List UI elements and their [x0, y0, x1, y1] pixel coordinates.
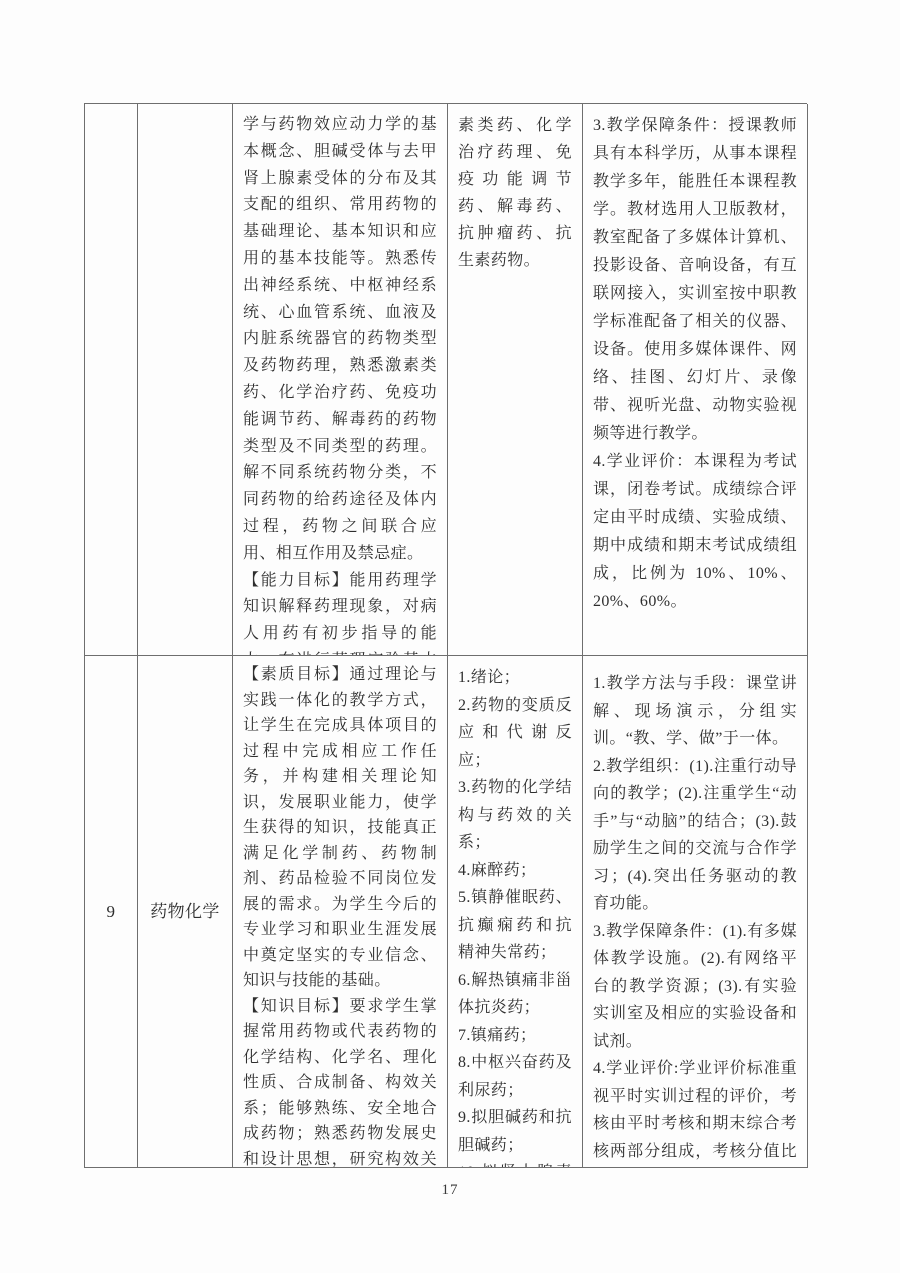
content-item: 9.拟胆碱药和抗胆碱药；	[458, 1104, 572, 1159]
content-item: 7.镇痛药；	[458, 1022, 572, 1050]
teaching-methods-cell-row2: 1.教学方法与手段：课堂讲解、现场演示，分组实训。“教、学、做”于一体。 2.教…	[583, 656, 808, 1168]
methods-approach-paragraph: 1.教学方法与手段：课堂讲解、现场演示，分组实训。“教、学、做”于一体。	[593, 670, 797, 753]
methods-evaluation-paragraph: 4.学业评价：本课程为考试课，闭卷考试。成绩综合评定由平时成绩、实验成绩、期中成…	[593, 448, 797, 616]
teaching-methods-cell-row1: 3.教学保障条件：授课教师具有本科学历，从事本课程教学多年，能胜任本课程教学。教…	[583, 104, 808, 656]
objectives-paragraph: 学与药物效应动力学的基本概念、胆碱受体与去甲肾上腺素受体的分布及其支配的组织、常…	[243, 112, 437, 568]
methods-guarantee-paragraph: 3.教学保障条件：(1).有多媒体教学设施。(2).有网络平台的教学资源；(3)…	[593, 918, 797, 1056]
seq-cell-row2: 9	[85, 656, 138, 1168]
teaching-content-cell-row1: 素类药、化学治疗药理、免疫功能调节药、解毒药、抗肿瘤药、抗生素药物。	[448, 104, 583, 656]
page-number: 17	[0, 1182, 900, 1199]
content-item: 3.药物的化学结构与药效的关系；	[458, 774, 572, 857]
teaching-content-cell-row2: 1.绪论； 2.药物的变质反应和代谢反应； 3.药物的化学结构与药效的关系； 4…	[448, 656, 583, 1168]
content-item: 10.拟肾上腺素药；	[458, 1159, 572, 1168]
objectives-cell-row1: 学与药物效应动力学的基本概念、胆碱受体与去甲肾上腺素受体的分布及其支配的组织、常…	[233, 104, 448, 656]
course-name-cell-row1	[138, 104, 233, 656]
seq-cell-row1	[85, 104, 138, 656]
course-table: 学与药物效应动力学的基本概念、胆碱受体与去甲肾上腺素受体的分布及其支配的组织、常…	[84, 103, 807, 1168]
content-item: 4.麻醉药；	[458, 857, 572, 885]
document-page: 学与药物效应动力学的基本概念、胆碱受体与去甲肾上腺素受体的分布及其支配的组织、常…	[0, 0, 900, 1273]
content-item: 8.中枢兴奋药及利尿药；	[458, 1049, 572, 1104]
objectives-cell-row2: 【素质目标】通过理论与实践一体化的教学方式，让学生在完成具体项目的过程中完成相应…	[233, 656, 448, 1168]
knowledge-objective-paragraph: 【知识目标】要求学生掌握常用药物或代表药物的化学结构、化学名、理化性质、合成制备…	[243, 994, 437, 1169]
content-item: 1.绪论；	[458, 664, 572, 692]
quality-objective-paragraph: 【素质目标】通过理论与实践一体化的教学方式，让学生在完成具体项目的过程中完成相应…	[243, 662, 437, 994]
ability-objective-paragraph: 【能力目标】能用药理学知识解释药理现象，对病人用药有初步指导的能力；有进行药理实…	[243, 568, 437, 656]
methods-organization-paragraph: 2.教学组织：(1).注重行动导向的教学；(2).注重学生“动手”与“动脑”的结…	[593, 753, 797, 918]
methods-evaluation-paragraph: 4.学业评价:学业评价标准重视平时实训过程的评价，考核由平时考核和期末综合考核两…	[593, 1055, 797, 1168]
methods-guarantee-paragraph: 3.教学保障条件：授课教师具有本科学历，从事本课程教学多年，能胜任本课程教学。教…	[593, 112, 797, 448]
course-name-cell-row2: 药物化学	[138, 656, 233, 1168]
content-item: 6.解热镇痛非甾体抗炎药；	[458, 967, 572, 1022]
content-item: 5.镇静催眠药、抗癫痫药和抗精神失常药；	[458, 884, 572, 967]
content-item: 2.药物的变质反应和代谢反应；	[458, 692, 572, 775]
teaching-content-paragraph: 素类药、化学治疗药理、免疫功能调节药、解毒药、抗肿瘤药、抗生素药物。	[458, 112, 572, 274]
